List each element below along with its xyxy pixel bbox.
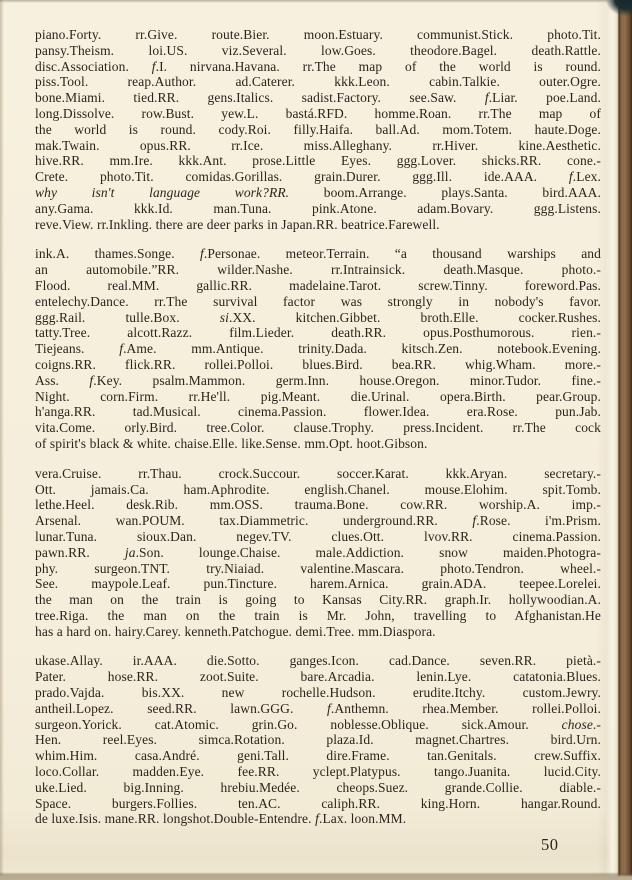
- roman-text: lunar.Tuna. sioux.Dan. negev.TV. clues.O…: [35, 529, 601, 544]
- text-line: See. maypole.Leaf. pun.Tincture. harem.A…: [35, 576, 601, 592]
- book-spine-edge: [596, 0, 632, 880]
- roman-text: pansy.Theism. loi.US. viz.Several. low.G…: [35, 43, 601, 58]
- page-number: 50: [541, 835, 559, 855]
- text-line: Ass. f.Key. psalm.Mammon. germ.Inn. hous…: [35, 373, 601, 389]
- roman-text: an automobile.”RR. wilder.Nashe. rr.Intr…: [35, 262, 601, 277]
- italic-text: si: [220, 310, 229, 325]
- roman-text: long.Dissolve. row.Bust. yew.L. bastá.RF…: [35, 106, 601, 121]
- text-line: hive.RR. mm.Ire. kkk.Ant. prose.Little E…: [35, 153, 601, 169]
- roman-text: antheil.Lopez. seed.RR. lawn.GGG.: [35, 701, 327, 716]
- roman-text: Ass.: [35, 373, 89, 388]
- scan-edge-top: [0, 0, 632, 3]
- roman-text: Crete. photo.Tit. comidas.Gorillas. grai…: [35, 169, 569, 184]
- page-text: piano.Forty. rr.Give. route.Bier. moon.E…: [35, 27, 601, 841]
- text-line: ukase.Allay. ir.AAA. die.Sotto. ganges.I…: [35, 653, 601, 669]
- roman-text: mak.Twain. opus.RR. rr.Ice. miss.Allegha…: [35, 138, 601, 153]
- text-line: any.Gama. kkk.Id. man.Tuna. pink.Atone. …: [35, 201, 601, 217]
- roman-text: .XX. kitchen.Gibbet. broth.Elle. cocker.…: [229, 310, 601, 325]
- text-line: uke.Lied. big.Inning. hrebiu.Medée. cheo…: [35, 780, 601, 796]
- roman-text: ggg.Rail. tulle.Box.: [35, 310, 220, 325]
- roman-text: entelechy.Dance. rr.The survival factor …: [35, 294, 601, 309]
- roman-text: tatty.Tree. alcott.Razz. film.Lieder. de…: [35, 325, 601, 340]
- paragraph: ukase.Allay. ir.AAA. die.Sotto. ganges.I…: [35, 653, 601, 827]
- text-line: Space. burgers.Follies. ten.AC. caliph.R…: [35, 796, 601, 812]
- roman-text: Pater. hose.RR. zoot.Suite. bare.Arcadia…: [35, 669, 601, 684]
- roman-text: whim.Him. casa.André. geni.Tall. dire.Fr…: [35, 748, 601, 763]
- roman-text: piano.Forty. rr.Give. route.Bier. moon.E…: [35, 27, 601, 42]
- scan-edge-left: [0, 0, 4, 880]
- text-line: phy. surgeon.TNT. try.Niaiad. valentine.…: [35, 561, 601, 577]
- text-line: mak.Twain. opus.RR. rr.Ice. miss.Allegha…: [35, 138, 601, 154]
- text-line: of spirit's black & white. chaise.Elle. …: [35, 436, 601, 452]
- text-line: Pater. hose.RR. zoot.Suite. bare.Arcadia…: [35, 669, 601, 685]
- roman-text: bone.Miami. tied.RR. gens.Italics. sadis…: [35, 90, 485, 105]
- roman-text: vita.Come. orly.Bird. tree.Color. clause…: [35, 420, 601, 435]
- text-line: piano.Forty. rr.Give. route.Bier. moon.E…: [35, 27, 601, 43]
- paragraph: ink.A. thames.Songe. f.Personae. meteor.…: [35, 246, 601, 451]
- text-line: lethe.Heel. desk.Rib. mm.OSS. trauma.Bon…: [35, 497, 601, 513]
- roman-text: .Liar. poe.Land.: [489, 90, 601, 105]
- text-line: Crete. photo.Tit. comidas.Gorillas. grai…: [35, 169, 601, 185]
- roman-text: Night. corn.Firm. rr.He'll. pig.Meant. d…: [35, 389, 601, 404]
- text-line: de luxe.Isis. mane.RR. longshot.Double-E…: [35, 811, 601, 827]
- roman-text: any.Gama. kkk.Id. man.Tuna. pink.Atone. …: [35, 201, 601, 216]
- roman-text: uke.Lied. big.Inning. hrebiu.Medée. cheo…: [35, 780, 601, 795]
- roman-text: Hen. reel.Eyes. simca.Rotation. plaza.Id…: [35, 732, 601, 747]
- roman-text: piss.Tool. reap.Author. ad.Caterer. kkk.…: [35, 74, 601, 89]
- roman-text: Flood. real.MM. gallic.RR. madelaine.Tar…: [35, 278, 601, 293]
- scan-corner-blotch: [606, 0, 632, 16]
- roman-text: pawn.RR.: [35, 545, 125, 560]
- roman-text: tree.Riga. the man on the train is Mr. J…: [35, 608, 601, 623]
- text-line: loco.Collar. madden.Eye. fee.RR. yclept.…: [35, 764, 601, 780]
- roman-text: .Lex.: [573, 169, 601, 184]
- roman-text: .Ame. mm.Antique. trinity.Dada. kitsch.Z…: [123, 341, 601, 356]
- text-line: ggg.Rail. tulle.Box. si.XX. kitchen.Gibb…: [35, 310, 601, 326]
- text-line: vera.Cruise. rr.Thau. crock.Succour. soc…: [35, 466, 601, 482]
- roman-text: ukase.Allay. ir.AAA. die.Sotto. ganges.I…: [35, 653, 601, 668]
- text-line: vita.Come. orly.Bird. tree.Color. clause…: [35, 420, 601, 436]
- roman-text: of spirit's black & white. chaise.Elle. …: [35, 436, 427, 451]
- roman-text: the man on the train is going to Kansas …: [35, 592, 601, 607]
- roman-text: Tiejeans.: [35, 341, 119, 356]
- text-line: lunar.Tuna. sioux.Dan. negev.TV. clues.O…: [35, 529, 601, 545]
- roman-text: Ott. jamais.Ca. ham.Aphrodite. english.C…: [35, 482, 601, 497]
- text-line: has a hard on. hairy.Carey. kenneth.Patc…: [35, 624, 601, 640]
- roman-text: .Lax. loon.MM.: [319, 811, 406, 826]
- text-line: the man on the train is going to Kansas …: [35, 592, 601, 608]
- roman-text: vera.Cruise. rr.Thau. crock.Succour. soc…: [35, 466, 601, 481]
- roman-text: .Key. psalm.Mammon. germ.Inn. house.Oreg…: [93, 373, 601, 388]
- roman-text: hive.RR. mm.Ire. kkk.Ant. prose.Little E…: [35, 153, 601, 168]
- roman-text: See. maypole.Leaf. pun.Tincture. harem.A…: [35, 576, 601, 591]
- text-line: an automobile.”RR. wilder.Nashe. rr.Intr…: [35, 262, 601, 278]
- text-line: Tiejeans. f.Ame. mm.Antique. trinity.Dad…: [35, 341, 601, 357]
- text-line: tatty.Tree. alcott.Razz. film.Lieder. de…: [35, 325, 601, 341]
- roman-text: de luxe.Isis. mane.RR. longshot.Double-E…: [35, 811, 315, 826]
- roman-text: has a hard on. hairy.Carey. kenneth.Patc…: [35, 624, 436, 639]
- text-line: reve.View. rr.Inkling. there are deer pa…: [35, 217, 601, 233]
- text-line: bone.Miami. tied.RR. gens.Italics. sadis…: [35, 90, 601, 106]
- roman-text: .Son. lounge.Chaise. male.Addiction. sno…: [136, 545, 601, 560]
- roman-text: the world is round. cody.Roi. filly.Haif…: [35, 122, 601, 137]
- roman-text: lethe.Heel. desk.Rib. mm.OSS. trauma.Bon…: [35, 497, 601, 512]
- roman-text: h'anga.RR. tad.Musical. cinema.Passion. …: [35, 404, 601, 419]
- roman-text: prado.Vajda. bis.XX. new rochelle.Hudson…: [35, 685, 601, 700]
- text-line: disc.Association. f.I. nirvana.Havana. r…: [35, 59, 601, 75]
- roman-text: Space. burgers.Follies. ten.AC. caliph.R…: [35, 796, 601, 811]
- text-line: surgeon.Yorick. cat.Atomic. grin.Go. nob…: [35, 717, 601, 733]
- roman-text: phy. surgeon.TNT. try.Niaiad. valentine.…: [35, 561, 601, 576]
- text-line: why isn't language work?RR. boom.Arrange…: [35, 185, 601, 201]
- roman-text: .Rose. i'm.Prism.: [476, 513, 601, 528]
- text-line: the world is round. cody.Roi. filly.Haif…: [35, 122, 601, 138]
- text-line: entelechy.Dance. rr.The survival factor …: [35, 294, 601, 310]
- roman-text: loco.Collar. madden.Eye. fee.RR. yclept.…: [35, 764, 601, 779]
- book-page: piano.Forty. rr.Give. route.Bier. moon.E…: [0, 0, 632, 880]
- roman-text: .I. nirvana.Havana. rr.The map of the wo…: [156, 59, 601, 74]
- roman-text: coigns.RR. flick.RR. rollei.Polloi. blue…: [35, 357, 601, 372]
- roman-text: reve.View. rr.Inkling. there are deer pa…: [35, 217, 440, 232]
- text-line: whim.Him. casa.André. geni.Tall. dire.Fr…: [35, 748, 601, 764]
- text-line: Hen. reel.Eyes. simca.Rotation. plaza.Id…: [35, 732, 601, 748]
- roman-text: boom.Arrange. plays.Santa. bird.AAA.: [289, 185, 601, 200]
- paragraph: vera.Cruise. rr.Thau. crock.Succour. soc…: [35, 466, 601, 640]
- text-line: Night. corn.Firm. rr.He'll. pig.Meant. d…: [35, 389, 601, 405]
- text-line: Arsenal. wan.POUM. tax.Diammetric. under…: [35, 513, 601, 529]
- text-line: h'anga.RR. tad.Musical. cinema.Passion. …: [35, 404, 601, 420]
- roman-text: Arsenal. wan.POUM. tax.Diammetric. under…: [35, 513, 472, 528]
- paragraph: piano.Forty. rr.Give. route.Bier. moon.E…: [35, 27, 601, 232]
- text-line: Flood. real.MM. gallic.RR. madelaine.Tar…: [35, 278, 601, 294]
- text-line: pawn.RR. ja.Son. lounge.Chaise. male.Add…: [35, 545, 601, 561]
- text-line: tree.Riga. the man on the train is Mr. J…: [35, 608, 601, 624]
- text-line: coigns.RR. flick.RR. rollei.Polloi. blue…: [35, 357, 601, 373]
- roman-text: .-: [593, 717, 601, 732]
- text-line: pansy.Theism. loi.US. viz.Several. low.G…: [35, 43, 601, 59]
- text-line: long.Dissolve. row.Bust. yew.L. bastá.RF…: [35, 106, 601, 122]
- italic-text: chose: [562, 717, 593, 732]
- roman-text: surgeon.Yorick. cat.Atomic. grin.Go. nob…: [35, 717, 562, 732]
- text-line: piss.Tool. reap.Author. ad.Caterer. kkk.…: [35, 74, 601, 90]
- roman-text: .Personae. meteor.Terrain. “a thousand w…: [204, 246, 601, 261]
- text-line: prado.Vajda. bis.XX. new rochelle.Hudson…: [35, 685, 601, 701]
- text-line: ink.A. thames.Songe. f.Personae. meteor.…: [35, 246, 601, 262]
- scan-edge-bottom: [0, 872, 632, 880]
- roman-text: disc.Association.: [35, 59, 152, 74]
- text-line: Ott. jamais.Ca. ham.Aphrodite. english.C…: [35, 482, 601, 498]
- roman-text: .Anthemn. rhea.Member. rollei.Polloi.: [331, 701, 601, 716]
- roman-text: ink.A. thames.Songe.: [35, 246, 200, 261]
- italic-text: ja: [125, 545, 136, 560]
- text-line: antheil.Lopez. seed.RR. lawn.GGG. f.Anth…: [35, 701, 601, 717]
- italic-text: why isn't language work?RR.: [35, 185, 289, 200]
